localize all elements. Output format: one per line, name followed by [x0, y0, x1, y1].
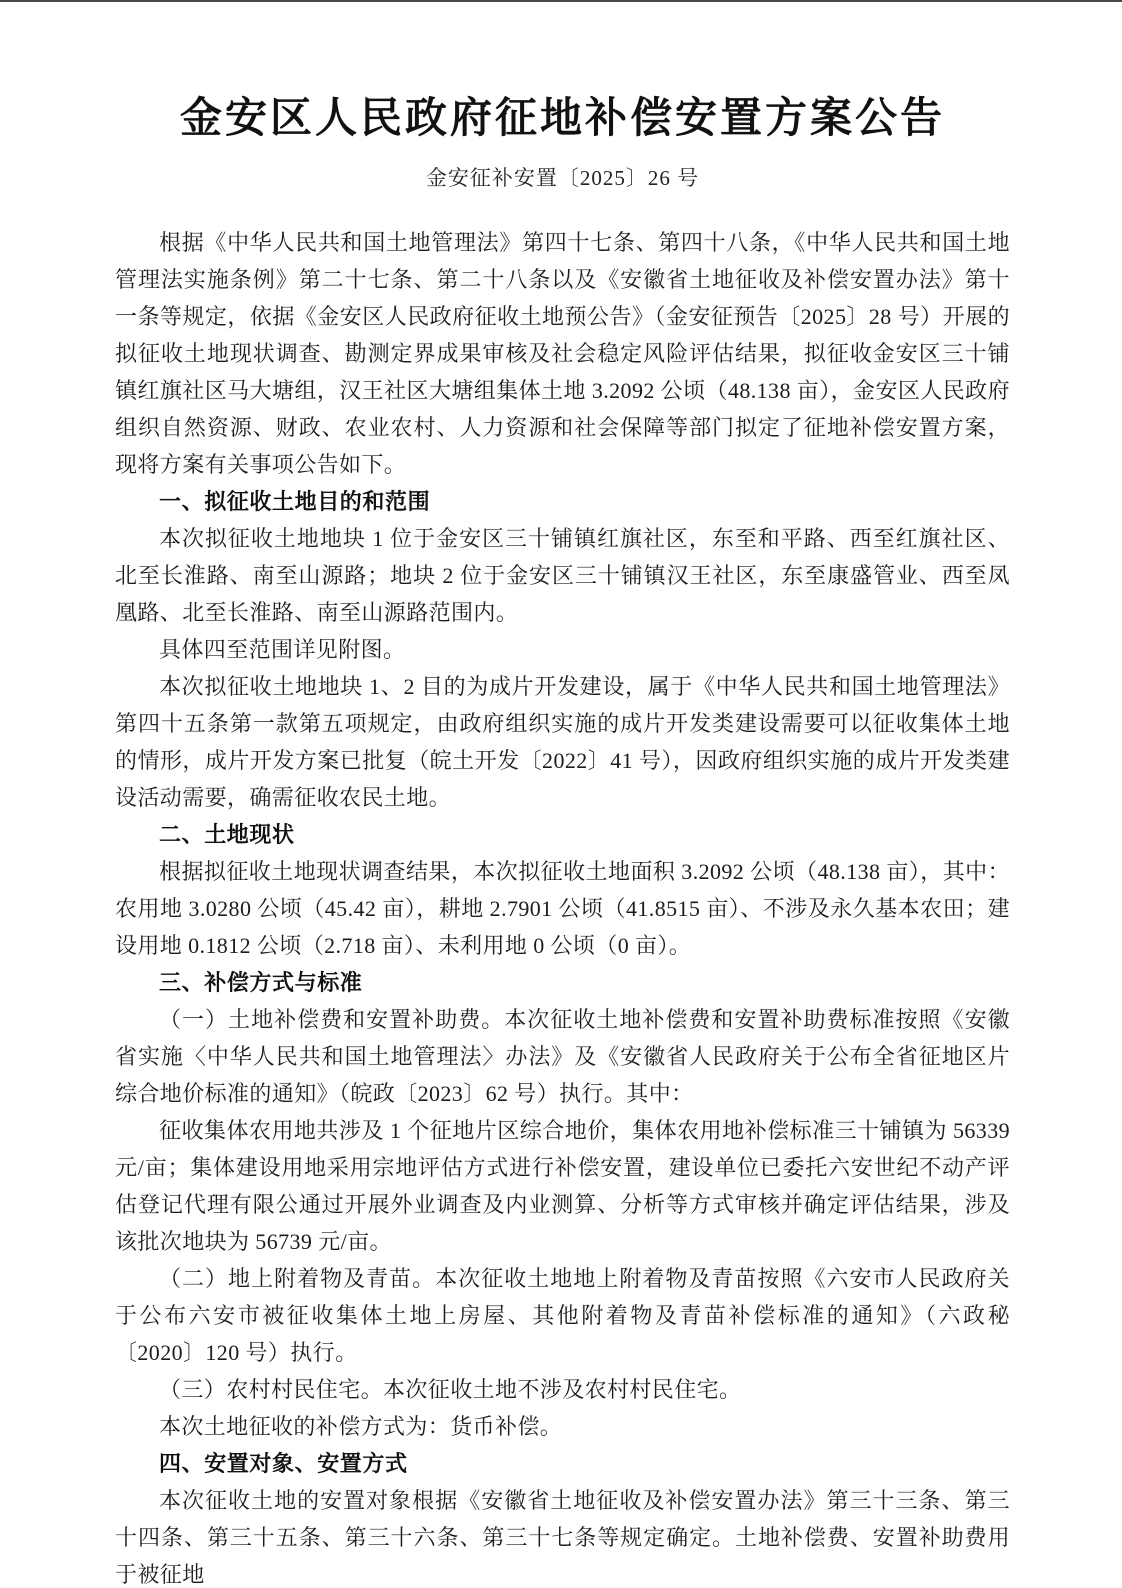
- paragraph-legal-basis: 根据《中华人民共和国土地管理法》第四十七条、第四十八条，《中华人民共和国土地管理…: [115, 224, 1010, 483]
- section-heading-purpose-scope: 一、拟征收土地目的和范围: [115, 483, 1010, 520]
- page-title: 金安区人民政府征地补偿安置方案公告: [115, 88, 1010, 148]
- paragraph-farmland-price: 征收集体农用地共涉及 1 个征地片区综合地价，集体农用地补偿标准三十铺镇为 56…: [115, 1112, 1010, 1260]
- paragraph-parcel-boundaries: 本次拟征收土地地块 1 位于金安区三十铺镇红旗社区，东至和平路、西至红旗社区、北…: [115, 520, 1010, 631]
- scan-edge-artifact: [0, 0, 1122, 2]
- paragraph-monetary-compensation: 本次土地征收的补偿方式为：货币补偿。: [115, 1408, 1010, 1445]
- paragraph-resettlement-targets: 本次征收土地的安置对象根据《安徽省土地征收及补偿安置办法》第三十三条、第三十四条…: [115, 1482, 1010, 1588]
- paragraph-compensation-standard: （一）土地补偿费和安置补助费。本次征收土地补偿费和安置补助费标准按照《安徽省实施…: [115, 1001, 1010, 1112]
- paragraph-rural-housing: （三）农村村民住宅。本次征收土地不涉及农村村民住宅。: [115, 1371, 1010, 1408]
- document-body: 根据《中华人民共和国土地管理法》第四十七条、第四十八条，《中华人民共和国土地管理…: [115, 224, 1010, 1588]
- paragraph-see-attached-map: 具体四至范围详见附图。: [115, 631, 1010, 668]
- section-heading-land-status: 二、土地现状: [115, 816, 1010, 853]
- doc-number: 金安征补安置〔2025〕26 号: [115, 162, 1010, 192]
- scanned-document: { "doc": { "title": "金安区人民政府征地补偿安置方案公告",…: [0, 0, 1122, 1588]
- paragraph-land-survey-result: 根据拟征收土地现状调查结果，本次拟征收土地面积 3.2092 公顷（48.138…: [115, 853, 1010, 964]
- paragraph-attachments-crops: （二）地上附着物及青苗。本次征收土地地上附着物及青苗按照《六安市人民政府关于公布…: [115, 1260, 1010, 1371]
- section-heading-compensation: 三、补偿方式与标准: [115, 964, 1010, 1001]
- section-heading-resettlement: 四、安置对象、安置方式: [115, 1445, 1010, 1482]
- document-page: 金安区人民政府征地补偿安置方案公告 金安征补安置〔2025〕26 号 根据《中华…: [0, 0, 1122, 1588]
- paragraph-development-purpose: 本次拟征收土地地块 1、2 目的为成片开发建设，属于《中华人民共和国土地管理法》…: [115, 668, 1010, 816]
